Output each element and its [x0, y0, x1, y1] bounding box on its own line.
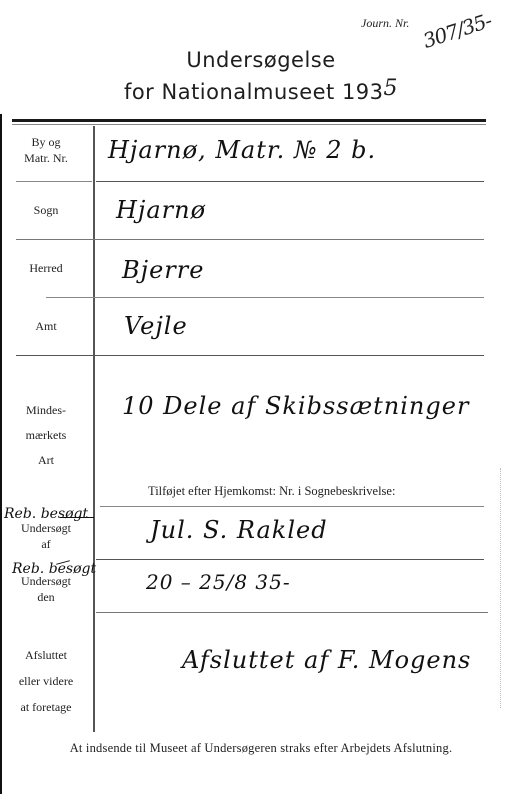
field-value-parish: Hjarnø	[116, 196, 206, 224]
field-label-examined-date-handwritten: Reb. besøgt	[12, 561, 96, 577]
row-divider	[96, 559, 484, 560]
added-after-return-note: Tilføjet efter Hjemkomst: Nr. i Sognebes…	[148, 484, 395, 499]
field-value-monument-type: 10 Dele af Skibssætninger	[122, 392, 469, 420]
footer-instruction: At indsende til Museet af Undersøgeren s…	[0, 741, 522, 756]
field-value-examined-by: Jul. S. Rakled	[150, 516, 328, 544]
field-label-county: Amt	[0, 318, 92, 334]
field-label-examined-by: Undersøgt af	[0, 520, 92, 552]
field-value-concluded: Afsluttet af F. Mogens	[182, 646, 471, 674]
field-label-district: Herred	[0, 260, 92, 276]
field-value-examined-date: 20 – 25/8 35-	[146, 570, 291, 594]
row-divider	[46, 297, 484, 298]
field-label-parish: Sogn	[0, 202, 92, 218]
top-rule	[12, 119, 486, 122]
field-label-examined-by-handwritten: Reb. besøgt	[4, 506, 88, 522]
row-divider	[16, 239, 484, 240]
field-value-county: Vejle	[124, 312, 188, 340]
field-value-district: Bjerre	[122, 256, 204, 284]
row-divider	[100, 506, 484, 507]
form-year-handwritten-digit: 5	[384, 76, 399, 101]
top-rule-thin	[12, 124, 486, 125]
page-right-edge-dots	[500, 468, 501, 708]
form-subtitle-printed: for Nationalmuseet 193	[124, 80, 384, 104]
row-divider	[16, 181, 92, 182]
form-subtitle: for Nationalmuseet 1935	[0, 80, 522, 105]
field-label-examined-date: Undersøgt den	[0, 573, 92, 605]
field-label-concluded: Afsluttet eller videre at foretage	[0, 642, 92, 720]
journal-number-label: Journ. Nr.	[361, 16, 409, 31]
field-value-town-cadastral: Hjarnø, Matr. № 2 b.	[108, 136, 376, 164]
form-title: Undersøgelse	[0, 48, 522, 72]
row-divider	[16, 355, 484, 356]
field-label-monument-type: Mindes- mærkets Art	[0, 398, 92, 473]
strike-mark	[60, 517, 94, 518]
field-label-town-cadastral: By og Matr. Nr.	[0, 134, 92, 166]
row-divider	[96, 181, 484, 182]
column-divider	[93, 126, 95, 732]
journal-number-value: 307/35-	[420, 8, 494, 52]
row-divider	[96, 612, 488, 613]
